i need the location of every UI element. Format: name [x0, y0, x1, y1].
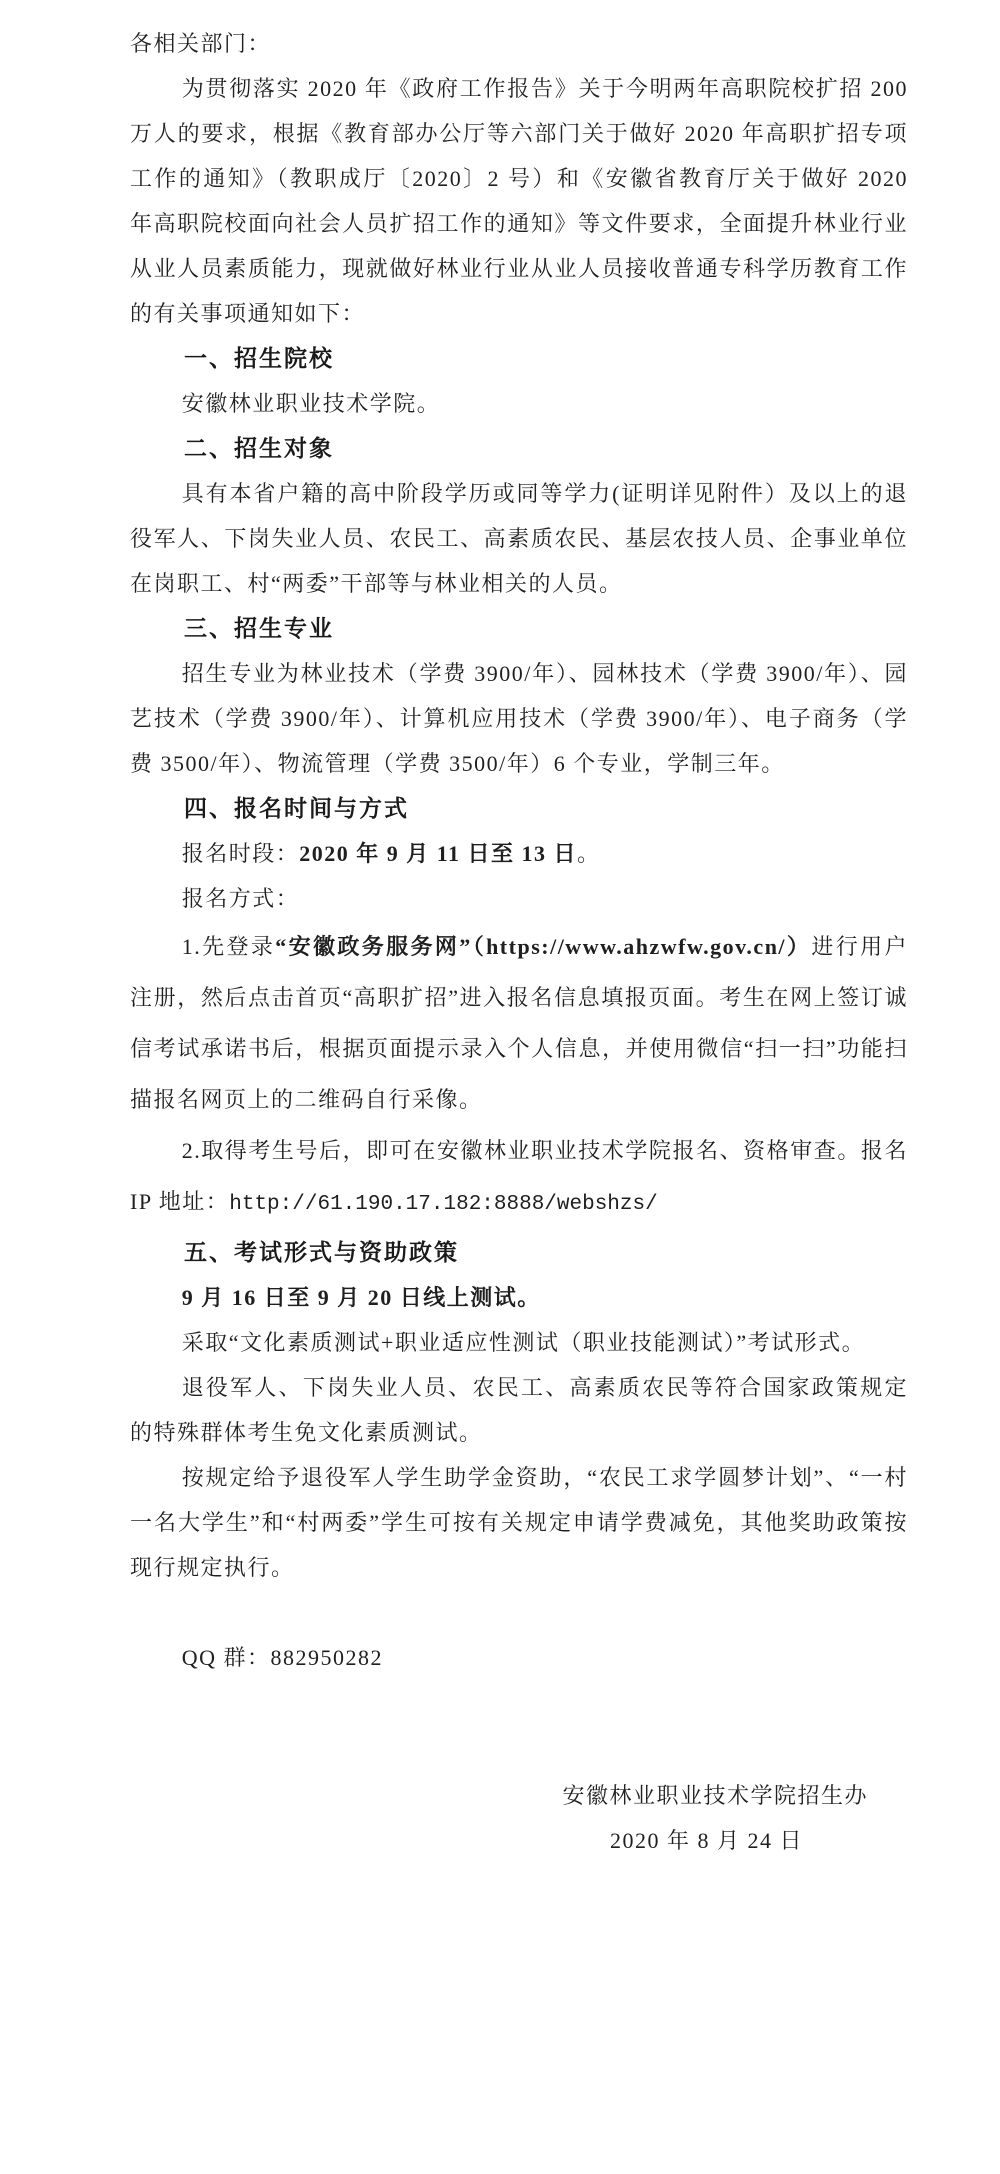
registration-time-period: 。: [577, 841, 601, 866]
intro-paragraph: 为贯彻落实 2020 年《政府工作报告》关于今明两年高职院校扩招 200 万人的…: [130, 66, 908, 336]
section-5-heading: 五、考试形式与资助政策: [130, 1230, 908, 1275]
registration-time-label: 报名时段：: [182, 841, 300, 866]
salutation: 各相关部门：: [130, 21, 908, 66]
step-1-rest: 进行用户注册，然后点击首页“高职扩招”进入报名信息填报页面。考生在网上签订诚信考…: [130, 934, 908, 1112]
document-page: 各相关部门： 为贯彻落实 2020 年《政府工作报告》关于今明两年高职院校扩招 …: [0, 0, 1000, 2174]
test-form-paragraph: 采取“文化素质测试+职业适应性测试（职业技能测试）”考试形式。: [130, 1320, 908, 1365]
signature-block: 安徽林业职业技术学院招生办 2020 年 8 月 24 日: [130, 1773, 908, 1863]
signature-organization: 安徽林业职业技术学院招生办: [130, 1773, 908, 1818]
target-paragraph: 具有本省户籍的高中阶段学历或同等学力(证明详见附件）及以上的退役军人、下岗失业人…: [130, 471, 908, 606]
majors-paragraph: 招生专业为林业技术（学费 3900/年）、园林技术（学费 3900/年）、园艺技…: [130, 651, 908, 786]
step-2-paragraph: 2.取得考生号后，即可在安徽林业职业技术学院报名、资格审查。报名 IP 地址：h…: [130, 1125, 908, 1230]
step-1-prefix: 1.先登录: [182, 934, 276, 959]
registration-time-value: 2020 年 9 月 11 日至 13 日: [299, 841, 577, 866]
exemption-paragraph: 退役军人、下岗失业人员、农民工、高素质农民等符合国家政策规定的特殊群体考生免文化…: [130, 1365, 908, 1455]
test-date-paragraph: 9 月 16 日至 9 月 20 日线上测试。: [130, 1275, 908, 1320]
signature-date: 2020 年 8 月 24 日: [130, 1818, 908, 1863]
portal-name-and-url-text: “安徽政务服务网”（https://www.ahzwfw.gov.cn/）: [275, 934, 811, 959]
registration-method-label: 报名方式：: [130, 876, 908, 921]
section-4-heading: 四、报名时间与方式: [130, 786, 908, 831]
section-2-heading: 二、招生对象: [130, 426, 908, 471]
blank-line: [130, 1590, 908, 1635]
registration-time-paragraph: 报名时段：2020 年 9 月 11 日至 13 日。: [130, 831, 908, 876]
section-3-heading: 三、招生专业: [130, 606, 908, 651]
qq-group-paragraph: QQ 群：882950282: [130, 1635, 908, 1680]
section-1-heading: 一、招生院校: [130, 336, 908, 381]
registration-ip-url-text: http://61.190.17.182:8888/webshzs/: [229, 1193, 657, 1216]
financial-aid-paragraph: 按规定给予退役军人学生助学金资助，“农民工求学圆梦计划”、“一村一名大学生”和“…: [130, 1455, 908, 1590]
step-1-paragraph: 1.先登录“安徽政务服务网”（https://www.ahzwfw.gov.cn…: [130, 921, 908, 1125]
school-paragraph: 安徽林业职业技术学院。: [130, 381, 908, 426]
